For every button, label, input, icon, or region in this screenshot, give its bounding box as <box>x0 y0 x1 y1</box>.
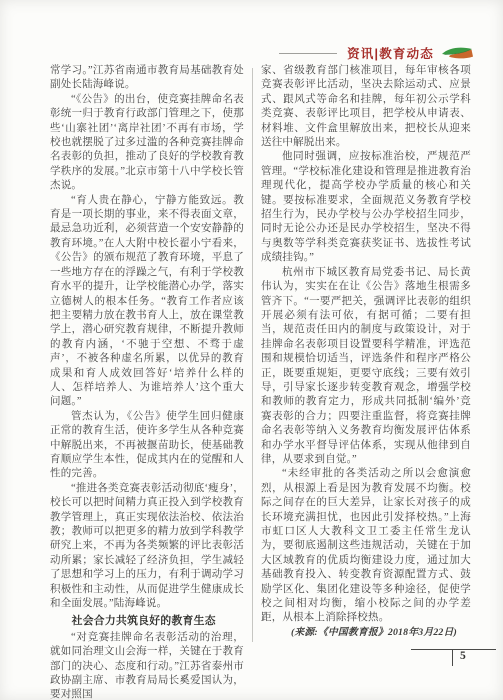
paragraph: 常学习。”江苏省南通市教育局基础教育处副处长陆海峰说。 <box>50 64 244 93</box>
paragraph: 他同时强调，应按标准治校，严规范严管理。“学校标准化建设和管理是推进教育治理现代… <box>261 150 471 265</box>
paragraph: “育人贵在静心，宁静方能致远。教育是一项长期的事业，来不得表面文章，最忌急功近利… <box>50 194 244 410</box>
article-source: (来源:《中国教育报》2018年3月22日) <box>261 626 471 640</box>
section-subheading: 社会合力共筑良好的教育生态 <box>50 614 244 628</box>
paragraph: 家、省级教育部门核准项目，每年审核各项竞赛表彰评比活动，坚决去除运动式、应景式、… <box>261 64 471 150</box>
paragraph: 杭州市下城区教育局党委书记、局长黄伟认为，实实在在让《公告》落地生根需多管齐下。… <box>261 266 471 468</box>
left-column: 常学习。”江苏省南通市教育局基础教育处副处长陆海峰说。 “《公告》的出台，使竞赛… <box>50 64 244 700</box>
magazine-page: 资讯|教育动态 常学习。”江苏省南通市教育局基础教育处副处长陆海峰说。 “《公告… <box>0 0 503 700</box>
paragraph: “《公告》的出台，使竞赛挂牌命名表彰统一归于教育行政部门管理之下，使那些‘山寨社… <box>50 93 244 194</box>
paragraph: “推进各类竞赛表彰活动彻底‘瘦身’，校长可以把时间精力真正投入到学校教育教学管理… <box>50 482 244 612</box>
paragraph: 管杰认为，《公告》使学生回归健康正常的教育生活，使许多学生从各种竞赛中解脱出来，… <box>50 410 244 482</box>
paragraph: “未经审批的各类活动之所以会愈演愈烈，从根源上看是因为教育发展不均衡。校际之间存… <box>261 467 471 625</box>
section-label: 资讯|教育动态 <box>347 44 434 62</box>
page-footer: 5 <box>411 649 496 668</box>
header-rule <box>279 53 337 54</box>
column-divider <box>252 68 253 642</box>
article-body: 常学习。”江苏省南通市教育局基础教育处副处长陆海峰说。 “《公告》的出台，使竞赛… <box>50 64 471 700</box>
paragraph: “对竞赛挂牌命名表彰活动的治理，就如同治理文山会海一样，关键在于教育部门的决心、… <box>50 631 244 700</box>
leaf-icon <box>441 46 474 61</box>
page-number: 5 <box>452 650 466 666</box>
page-header: 资讯|教育动态 <box>279 44 474 62</box>
right-column: 家、省级教育部门核准项目，每年审核各项竞赛表彰评比活动，坚决去除运动式、应景式、… <box>261 64 471 700</box>
